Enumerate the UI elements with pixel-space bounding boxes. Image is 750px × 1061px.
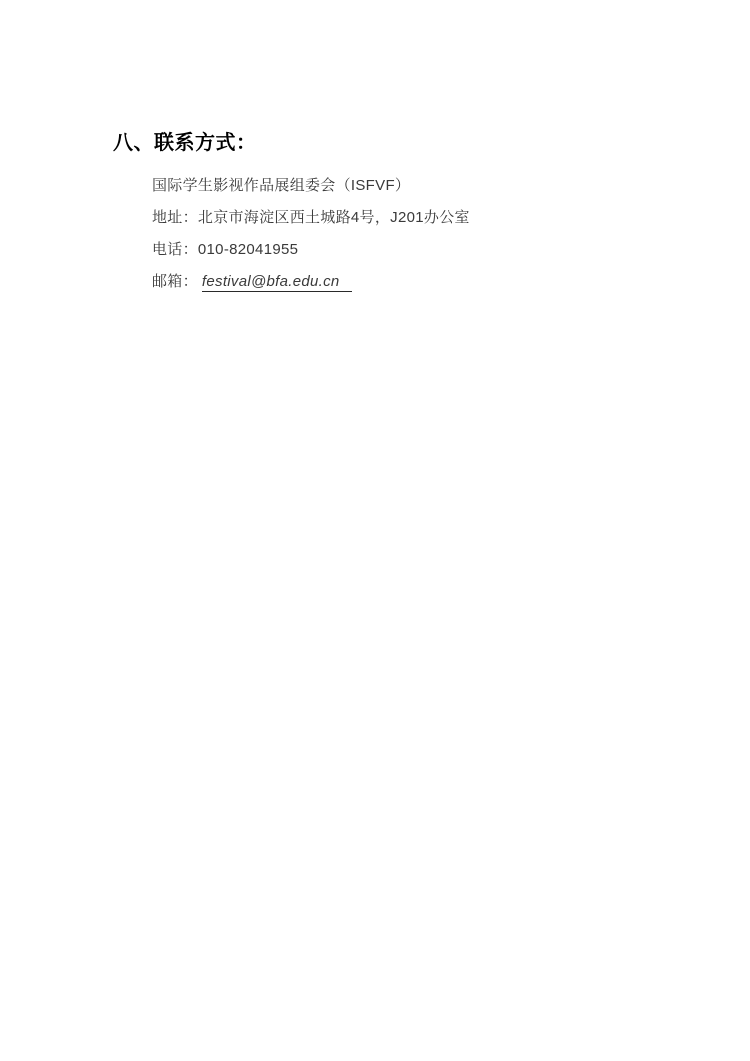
email-label: 邮箱：	[152, 273, 198, 290]
contact-organization: 国际学生影视作品展组委会（ISFVF）	[152, 176, 470, 196]
contact-address: 地址：北京市海淀区西土城路4号，J201办公室	[152, 208, 470, 228]
contact-email-line: 邮箱：festival@bfa.edu.cn	[152, 272, 470, 292]
section-heading: 八、联系方式：	[113, 131, 257, 155]
document-page: 八、联系方式： 国际学生影视作品展组委会（ISFVF） 地址：北京市海淀区西土城…	[0, 0, 750, 1061]
contact-block: 国际学生影视作品展组委会（ISFVF） 地址：北京市海淀区西土城路4号，J201…	[152, 176, 470, 304]
email-link[interactable]: festival@bfa.edu.cn	[202, 273, 352, 292]
contact-phone: 电话：010-82041955	[152, 240, 470, 260]
